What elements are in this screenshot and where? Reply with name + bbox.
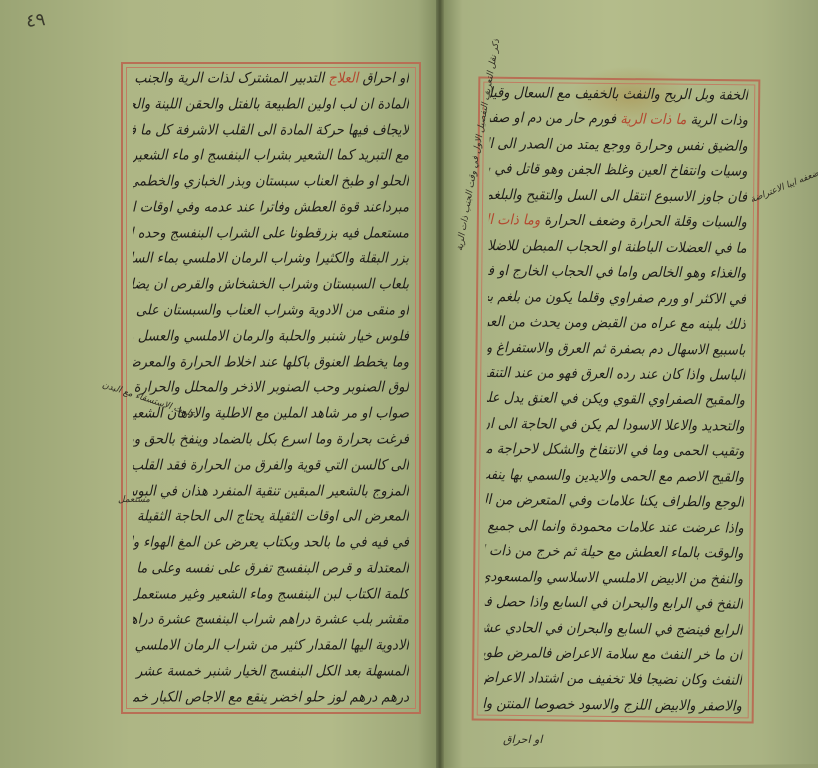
text-line: لوق الصنوبر وحب الصنوبر الاذخر والمحلل و… — [133, 381, 409, 395]
text-line: الباسل واذا كان عند رده العرق فهو من عند… — [487, 366, 745, 383]
text-line: المعتدلة و قرص البنفسج تفرق على نفسه وعل… — [133, 561, 409, 575]
text-line: وتقيب الحمى وما في الانتفاخ والشكل لاحرا… — [486, 442, 744, 459]
text-line: النفث وكان نضيجا فلا تخفيف من اشتداد الا… — [484, 671, 742, 688]
text-line: والنفخ من الابيض الاملسي الاسلاسي والمسع… — [485, 570, 743, 587]
rubric-heading: ما ذات الرية — [620, 112, 686, 129]
text-line: فان جاوز الاسبوع انتقل الى السل والتقيح … — [489, 188, 747, 205]
manuscript-spread: ٤٩ او احراق العلاج التدبير المشترک لذات … — [0, 0, 818, 768]
text-line: او منقى من الادوية وشراب العناب والسبستا… — [133, 303, 409, 317]
rubric-heading: وما ذات الجنب — [489, 213, 540, 229]
text-line: والتحديد والاعلا الاسودا لم يكن في الحاج… — [487, 417, 745, 434]
text-line: الادوية اليها المقدار كثير من شراب الرما… — [133, 639, 409, 653]
text-line: وما يخطط العنوق باكلها عند اخلاط الحرارة… — [133, 355, 409, 369]
text-line: المزوج بالشعير المبقين تنقية المنفرد هذا… — [133, 484, 409, 498]
text-line: والسبات وقلة الحرارة وضعف الحرارة وما ذا… — [489, 213, 747, 230]
text-line: النفخ في الرابع والبحران في السابع واذا … — [485, 595, 743, 612]
text-line: فرغت بحرارة وما اسرع بكل بالضماد وينفخ ب… — [133, 432, 409, 446]
text-line: مستعمل فيه بزرقطونا على الشراب البنفسج و… — [133, 226, 409, 240]
text-line: كلمة الكتاب لبن البنفسج وماء الشعير وغير… — [133, 587, 409, 601]
text-line: الرابع فينضج في السابع والبحران في الحاد… — [485, 621, 743, 638]
text-line: الحلو او طبخ العناب سبستان وبذر الخبازي … — [133, 174, 409, 188]
text-line: المادة ان لب اولين الطبيعة بالفتل والحقن… — [133, 97, 409, 111]
text-line: ان ما خر النفث مع سلامة الاعراض فالمرض ط… — [484, 646, 742, 663]
text-line: ما في العضلات الباطنة او الحجاب المبطن ل… — [489, 239, 747, 256]
book-gutter — [436, 0, 444, 768]
text-line: في فيه في ما بالحد وبكتاب يعرض عن المغ ا… — [133, 535, 409, 549]
text-line: الخفة وبل الريح والنفث بالخفيف مع السعال… — [490, 86, 748, 103]
text-line: ذلك بلينه مع عراه من القبض ومن يحدث من ا… — [488, 315, 746, 332]
text-line: والضيق نفس وحرارة ووجع يمتد من الصدر الى… — [490, 137, 748, 154]
text-line: درهم درهم لوز حلو اخضر ينقع مع الاجاص ال… — [133, 690, 409, 704]
text-line: وذات الرية ما ذات الرية فورم حار من دم ا… — [490, 111, 748, 128]
text-line: والغذاء وهو الخالص واما في الحجاب الخارج… — [488, 264, 746, 281]
text-line: مع التبريد كما الشعير بشراب البنفسج او م… — [133, 149, 409, 163]
text-line: في الاكثر او ورم صفراوي وقلما يكون من بل… — [488, 290, 746, 307]
right-text-frame: الخفة وبل الريح والنفث بالخفيف مع السعال… — [472, 77, 761, 724]
text-line: مقشر بلب عشرة دراهم شراب البنفسج عشرة در… — [133, 613, 409, 627]
text-line: والقيح الاصم مع الحمى والايدين والسمي به… — [486, 468, 744, 485]
text-line: المسهلة بعد الكل البنفسج الخيار شنبر خمس… — [133, 664, 409, 678]
left-text-frame: او احراق العلاج التدبير المشترک لذات الر… — [121, 62, 421, 714]
text-line: لايجاف فيها حركة المادة الى القلب الاشرف… — [133, 123, 409, 137]
text-line: فلوس خيار شنبر والحلبة والرمان الاملسي و… — [133, 329, 409, 343]
text-line: او احراق العلاج التدبير المشترک لذات الر… — [133, 71, 409, 85]
right-text-block: الخفة وبل الريح والنفث بالخفيف مع السعال… — [484, 87, 749, 714]
text-line: والاصفر والابيض اللزج والاسود خصوصا المن… — [484, 697, 742, 714]
folio-number: ٤٩ — [25, 9, 46, 32]
text-line: والوقت بالماء العطش مع حيلة ثم خرج من ذا… — [485, 544, 743, 561]
text-line: والمقيح الصفراوي القوي ويكن في العنق يدل… — [487, 391, 745, 408]
text-line: مبرداعند قوة العطش وفاترا عند عدمه وفي ا… — [133, 200, 409, 214]
catchword: او احراق — [503, 733, 542, 746]
text-line: الى كالسن التي قوية والفرق من الحرارة فق… — [133, 458, 409, 472]
text-line: باسبيع الاسهال دم بصفرة ثم العرق والاستف… — [487, 341, 745, 358]
text-line: المعرض الى اوقات الثقيلة يحتاج الى الحاج… — [133, 510, 409, 524]
text-line: واذا عرضت عند علامات محمودة وانما الى جم… — [486, 519, 744, 536]
text-line: وسيات وانتفاخ العين وغلظ الجفن وهو قاتل … — [489, 162, 747, 179]
text-line: بزر البقلة والكثيرا وشراب الرمان الاملسي… — [133, 252, 409, 266]
rubric-heading: العلاج — [328, 71, 358, 85]
marginal-note-left-2: مستعمل — [118, 495, 150, 505]
text-line: بلعاب السبستان وشراب الخشخاش والقرص ان ي… — [133, 278, 409, 292]
left-text-block: او احراق العلاج التدبير المشترک لذات الر… — [133, 72, 409, 704]
text-line: الوجع والطراف يكنا علامات وفي المتعرض من… — [486, 493, 744, 510]
